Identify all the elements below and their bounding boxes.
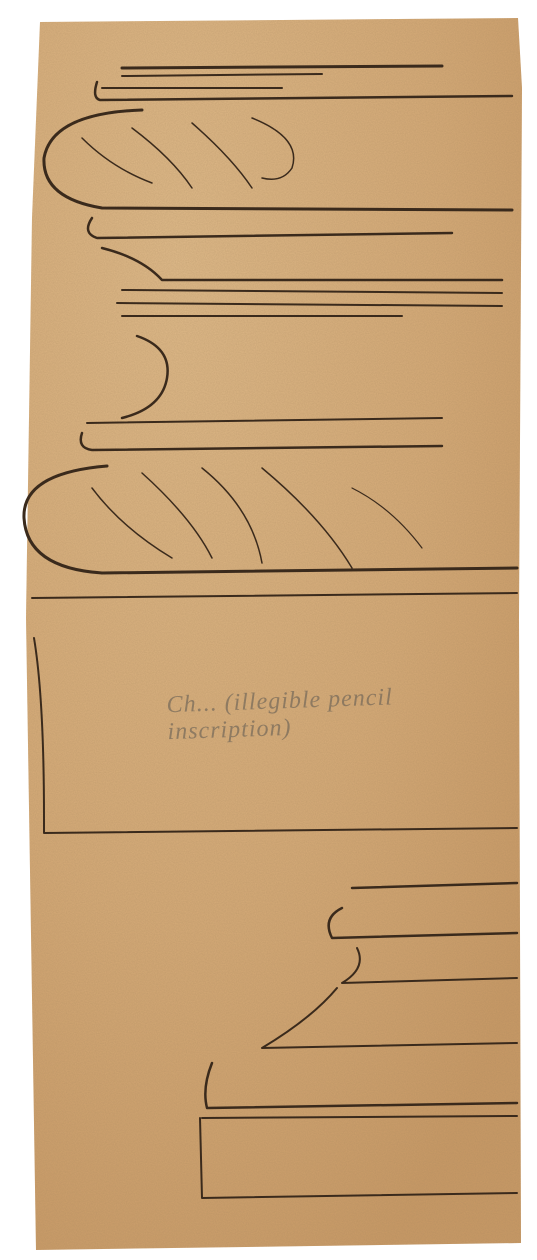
paper-sheet: Ch... (illegible pencil inscription) bbox=[22, 18, 522, 1250]
sketch-drawing bbox=[22, 18, 522, 1250]
